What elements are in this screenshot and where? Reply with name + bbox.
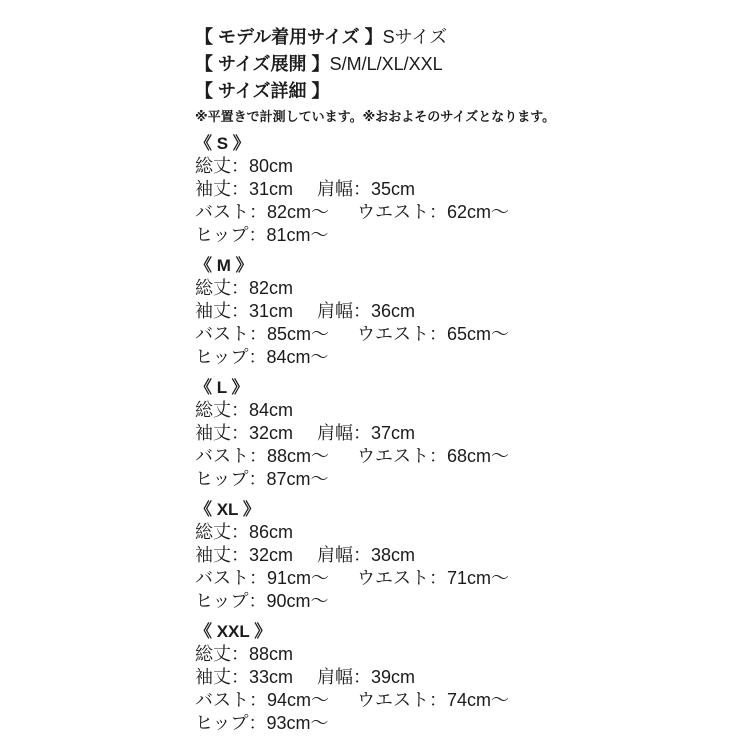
size-name: 《 XXL 》 (195, 621, 720, 643)
sleeve-length: 袖丈：31cm (195, 178, 293, 201)
model-size-label: 【 モデル着用サイズ 】 (195, 27, 383, 47)
size-block-xl: 《 XL 》 総丈：86cm 袖丈：32cm 肩幅：38cm バスト：91cm～… (195, 499, 720, 613)
shoulder-width: 肩幅：39cm (317, 666, 415, 689)
size-name: 《 S 》 (195, 133, 720, 155)
measurement-note: ※平置きで計測しています。※おおよそのサイズとなります。 (195, 109, 720, 125)
hip: ヒップ：81cm～ (195, 224, 720, 247)
size-range-value: S/M/L/XL/XXL (330, 54, 443, 74)
total-length: 総丈：80cm (195, 155, 720, 178)
sleeve-length: 袖丈：32cm (195, 544, 293, 567)
size-block-l: 《 L 》 総丈：84cm 袖丈：32cm 肩幅：37cm バスト：88cm～ … (195, 377, 720, 491)
hip: ヒップ：90cm～ (195, 590, 720, 613)
sleeve-shoulder-line: 袖丈：32cm 肩幅：38cm (195, 544, 720, 567)
sleeve-length: 袖丈：31cm (195, 300, 293, 323)
shoulder-width: 肩幅：38cm (317, 544, 415, 567)
sleeve-length: 袖丈：32cm (195, 422, 293, 445)
size-block-s: 《 S 》 総丈：80cm 袖丈：31cm 肩幅：35cm バスト：82cm～ … (195, 133, 720, 247)
hip: ヒップ：87cm～ (195, 468, 720, 491)
sleeve-shoulder-line: 袖丈：32cm 肩幅：37cm (195, 422, 720, 445)
size-range-label: 【 サイズ展開 】 (195, 54, 330, 74)
size-detail-heading: 【 サイズ詳細 】 (195, 78, 720, 105)
waist: ウエスト：62cm～ (357, 201, 509, 224)
waist: ウエスト：71cm～ (357, 567, 509, 590)
bust-waist-line: バスト：82cm～ ウエスト：62cm～ (195, 201, 720, 224)
shoulder-width: 肩幅：37cm (317, 422, 415, 445)
bust-waist-line: バスト：85cm～ ウエスト：65cm～ (195, 323, 720, 346)
hip: ヒップ：93cm～ (195, 712, 720, 735)
size-name: 《 M 》 (195, 255, 720, 277)
bust-waist-line: バスト：91cm～ ウエスト：71cm～ (195, 567, 720, 590)
shoulder-width: 肩幅：36cm (317, 300, 415, 323)
hip: ヒップ：84cm～ (195, 346, 720, 369)
bust: バスト：88cm～ (195, 445, 329, 468)
bust-waist-line: バスト：94cm～ ウエスト：74cm～ (195, 689, 720, 712)
bust-waist-line: バスト：88cm～ ウエスト：68cm～ (195, 445, 720, 468)
size-range-line: 【 サイズ展開 】S/M/L/XL/XXL (195, 51, 720, 78)
size-block-m: 《 M 》 総丈：82cm 袖丈：31cm 肩幅：36cm バスト：85cm～ … (195, 255, 720, 369)
size-block-xxl: 《 XXL 》 総丈：88cm 袖丈：33cm 肩幅：39cm バスト：94cm… (195, 621, 720, 735)
sleeve-shoulder-line: 袖丈：33cm 肩幅：39cm (195, 666, 720, 689)
size-name: 《 L 》 (195, 377, 720, 399)
waist: ウエスト：74cm～ (357, 689, 509, 712)
model-size-value: Sサイズ (383, 27, 448, 47)
sleeve-length: 袖丈：33cm (195, 666, 293, 689)
bust: バスト：85cm～ (195, 323, 329, 346)
size-detail-label: 【 サイズ詳細 】 (195, 81, 330, 101)
sleeve-shoulder-line: 袖丈：31cm 肩幅：36cm (195, 300, 720, 323)
waist: ウエスト：68cm～ (357, 445, 509, 468)
bust: バスト：94cm～ (195, 689, 329, 712)
sleeve-shoulder-line: 袖丈：31cm 肩幅：35cm (195, 178, 720, 201)
waist: ウエスト：65cm～ (357, 323, 509, 346)
size-detail-sheet: 【 モデル着用サイズ 】Sサイズ 【 サイズ展開 】S/M/L/XL/XXL 【… (0, 0, 740, 740)
size-name: 《 XL 》 (195, 499, 720, 521)
total-length: 総丈：86cm (195, 521, 720, 544)
bust: バスト：82cm～ (195, 201, 329, 224)
total-length: 総丈：82cm (195, 277, 720, 300)
shoulder-width: 肩幅：35cm (317, 178, 415, 201)
bust: バスト：91cm～ (195, 567, 329, 590)
total-length: 総丈：88cm (195, 643, 720, 666)
model-size-line: 【 モデル着用サイズ 】Sサイズ (195, 24, 720, 51)
total-length: 総丈：84cm (195, 399, 720, 422)
